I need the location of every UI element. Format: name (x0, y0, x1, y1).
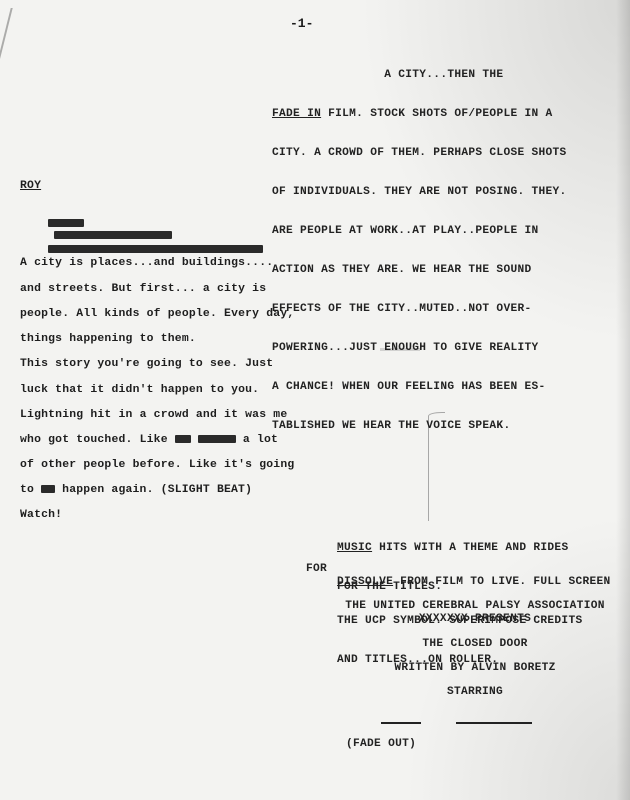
torn-corner-mark (0, 8, 33, 78)
dissolve-label: DISSOLVE (337, 576, 393, 588)
direction-line: OF INDIVIDUALS. THEY ARE NOT POSING. THE… (272, 186, 567, 199)
dialogue-text: who got touched. Like (20, 434, 168, 446)
script-page: -1- A CITY...THEN THE FADE IN FILM. STOC… (0, 0, 630, 800)
character-name: ROY (20, 180, 41, 192)
dialogue-line: people. All kinds of people. Every day, (20, 308, 294, 320)
direction-line: EFFECTS OF THE CITY..MUTED..NOT OVER- (272, 303, 567, 316)
dialogue-text: to (20, 484, 34, 496)
direction-line-rest: FROM FILM TO LIVE. FULL SCREEN (393, 576, 610, 588)
dialogue-line: things happening to them. (20, 333, 196, 345)
direction-line: ARE PEOPLE AT WORK..AT PLAY..PEOPLE IN (272, 225, 567, 238)
dialogue-line: Watch! (20, 509, 62, 521)
dialogue-line: who got touched. Like a lot (20, 434, 278, 446)
fade-out-label: (FADE OUT) (346, 738, 416, 751)
credit-line: STARRING (330, 686, 620, 698)
separator-rule (456, 722, 532, 724)
dialogue-text: a lot (243, 434, 278, 446)
for-label: FOR (306, 563, 327, 576)
strikeout-block (198, 435, 236, 443)
dialogue-line: and streets. But first... a city is (20, 283, 266, 295)
opening-direction: A CITY...THEN THE FADE IN FILM. STOCK SH… (272, 43, 567, 459)
direction-line: DISSOLVE FROM FILM TO LIVE. FULL SCREEN (337, 576, 611, 589)
strikeout-block (48, 245, 263, 253)
direction-line: A CHANCE! WHEN OUR FEELING HAS BEEN ES- (272, 381, 567, 394)
dialogue-line: A city is places...and buildings.... (20, 257, 273, 269)
page-number: -1- (290, 16, 313, 31)
dialogue-line: of other people before. Like it's going (20, 459, 294, 471)
dialogue-line: luck that it didn't happen to you. (20, 384, 259, 396)
strikeout-block (175, 435, 191, 443)
credit-line: THE UNITED CEREBRAL PALSY ASSOCIATION (330, 600, 620, 613)
strikeout-block (41, 485, 55, 493)
direction-line: FADE IN FILM. STOCK SHOTS OF/PEOPLE IN A (272, 108, 567, 121)
dialogue-line: Lightning hit in a crowd and it was me (20, 409, 287, 421)
dialogue-text: happen again. (SLIGHT BEAT) (62, 484, 252, 496)
direction-line: A CITY...THEN THE (272, 69, 567, 82)
credit-title: THE CLOSED DOOR (330, 638, 620, 650)
credit-line: WRITTEN BY ALVIN BORETZ (330, 662, 620, 674)
direction-line: CITY. A CROWD OF THEM. PERHAPS CLOSE SHO… (272, 147, 567, 160)
dialogue-line: This story you're going to see. Just (20, 358, 273, 370)
direction-line-rest: FILM. STOCK SHOTS OF/PEOPLE IN A (321, 108, 552, 120)
direction-line: ACTION AS THEY ARE. WE HEAR THE SOUND (272, 264, 567, 277)
dialogue-line: to happen again. (SLIGHT BEAT) (20, 484, 252, 496)
direction-line: TABLISHED WE HEAR THE VOICE SPEAK. (272, 420, 567, 433)
strikeout-block (48, 219, 84, 227)
direction-line: POWERING...JUST ENOUGH TO GIVE REALITY (272, 342, 567, 355)
credit-line: XXXXXXX PRESENTS (330, 613, 620, 626)
fade-in-label: FADE IN (272, 108, 321, 120)
separator-rule (381, 722, 421, 724)
credits-block: THE UNITED CEREBRAL PALSY ASSOCIATION XX… (330, 600, 620, 698)
